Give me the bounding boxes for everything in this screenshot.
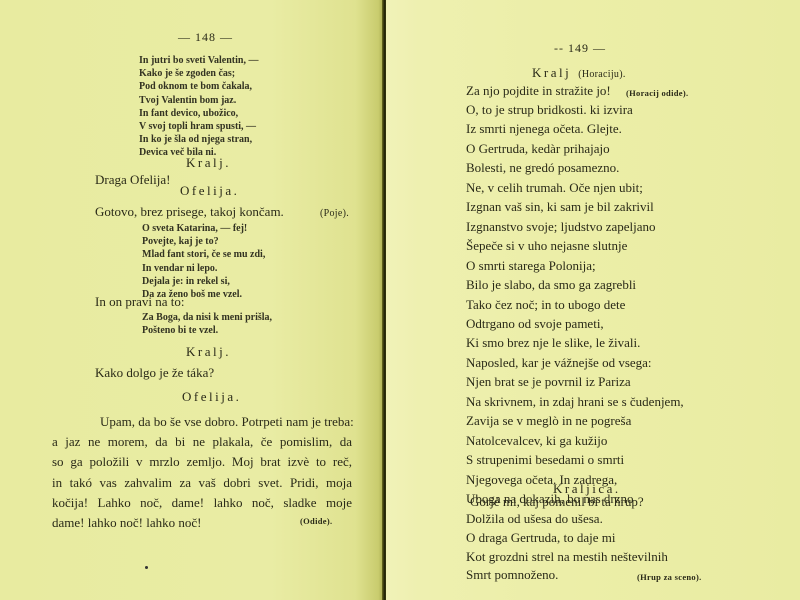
dialogue-line: Gorjé mi, kaj pomenil bi ta hrup? <box>470 494 644 510</box>
dialogue-line: Smrt pomnoženo. <box>466 567 558 583</box>
verse-line: Za Boga, da nisi k meni prišla, <box>142 311 272 324</box>
speaker-name: Kralj <box>532 65 571 80</box>
verse-line: In fant devico, ubožico, <box>139 107 258 120</box>
verse-line: Izgnanstvo svoje; ljudstvo zapeljano <box>466 217 684 236</box>
verse-line: Iz smrti njenega očeta. Glejte. <box>466 119 684 138</box>
verse-line: Dolžila od ušesa do ušesa. <box>466 509 684 528</box>
verse-line: O, to je strup bridkosti. ki izvira <box>466 100 684 119</box>
verse-line: Ne, v celih trumah. Oče njen ubit; <box>466 178 684 197</box>
verse-line: Bolesti, ne gredó posamezno. <box>466 158 684 177</box>
stage-direction: (Hrup za sceno). <box>637 572 702 582</box>
song-stanza: O sveta Katarina, — fej! Povejte, kaj je… <box>142 222 265 301</box>
verse-line: Zavija se v meglò in ne pogreša <box>466 411 684 430</box>
stage-direction: (Horacij odide). <box>626 88 688 98</box>
song-stanza: In jutri bo sveti Valentin, — Kako je še… <box>139 54 258 160</box>
verse-line: O Gertruda, kedàr prihajajo <box>466 139 684 158</box>
verse-line: Mlad fant stori, če se mu zdi, <box>142 248 265 261</box>
dialogue-line: In on pravi na to: <box>95 294 185 310</box>
verse-line: Kot grozdni strel na mestih neštevilnih <box>466 547 684 566</box>
dialogue-line: Draga Ofelija! <box>95 172 170 188</box>
dialogue-line: Za njo pojdite in stražite jo! <box>466 83 611 99</box>
verse-line: O draga Gertruda, to daje mi <box>466 528 684 547</box>
stage-direction: (Poje). <box>320 208 349 219</box>
verse-line: Njen brat se je povrnil iz Pariza <box>466 372 684 391</box>
verse-line: Odtrgano od svoje pameti, <box>466 314 684 333</box>
prose-line: kočija! Lahko noč, dame! lahko noč, slad… <box>52 493 352 513</box>
verse-line: Pošteno bi te vzel. <box>142 324 272 337</box>
verse-line: Naposled, kar je vážnejše od vsega: <box>466 353 684 372</box>
verse-line: V svoj topli hram spusti, — <box>139 120 258 133</box>
left-page: — 148 — In jutri bo sveti Valentin, — Ka… <box>0 0 386 600</box>
song-stanza: Za Boga, da nisi k meni prišla, Pošteno … <box>142 311 272 337</box>
speaker-heading: Kralj (Horaciju). <box>532 64 626 82</box>
verse-line: Šepeče si v uho nejasne slutnje <box>466 236 684 255</box>
verse-line: Izgnan vaš sin, ki sam je bil zakrivil <box>466 197 684 216</box>
stage-direction: (Odide). <box>300 516 332 526</box>
prose-line: a jaz ne morem, da bi ne plakala, če pom… <box>52 432 352 452</box>
dialogue-line: Gotovo, brez prisege, takoj končam. <box>95 204 284 220</box>
verse-line: Tako čez noč; in to ubogo dete <box>466 295 684 314</box>
verse-line: In ko je šla od njega stran, <box>139 133 258 146</box>
speaker-name: Ofelija. <box>182 389 241 405</box>
speaker-name: Kralj. <box>186 344 231 360</box>
verse-line: O sveta Katarina, — fej! <box>142 222 265 235</box>
verse-line: O smrti starega Polonija; <box>466 256 684 275</box>
verse-line: Povejte, kaj je to? <box>142 235 265 248</box>
verse-line: Kako je še zgoden čas; <box>139 67 258 80</box>
verse-line: S strupenimi besedami o smrti <box>466 450 684 469</box>
verse-line: In vendar ni lepo. <box>142 262 265 275</box>
dialogue-line: Kako dolgo je že táka? <box>95 365 214 381</box>
verse-line: Na skrivnem, in zdaj hrani se s čudenjem… <box>466 392 684 411</box>
prose-line: in takó vas zahvalim za vaš dobri svet. … <box>52 473 352 493</box>
verse-line: Pod oknom te bom čakala, <box>139 80 258 93</box>
verse-line: Ki smo brez nje le slike, le živali. <box>466 333 684 352</box>
prose-line: Upam, da bo še vse dobro. Potrpeti nam j… <box>52 412 352 432</box>
speaker-name: Ofelija. <box>180 183 239 199</box>
right-page: -- 149 — Kralj (Horaciju). Za njo pojdit… <box>386 0 800 600</box>
prose-line: so ga položili v mrzlo zemljo. Moj brat … <box>52 452 352 472</box>
verse-line: In jutri bo sveti Valentin, — <box>139 54 258 67</box>
stage-direction: (Horaciju). <box>578 69 625 80</box>
verse-line: Natolcevalcev, ki ga kužijo <box>466 431 684 450</box>
page-number: -- 149 — <box>554 41 606 56</box>
verse-line: Dejala je: in rekel si, <box>142 275 265 288</box>
verse-line: Bilo je slabo, da smo ga zagrebli <box>466 275 684 294</box>
speaker-name: Kralj. <box>186 155 231 171</box>
ink-speck <box>145 566 148 569</box>
page-number: — 148 — <box>178 30 233 45</box>
verse-line: Tvoj Valentin bom jaz. <box>139 94 258 107</box>
